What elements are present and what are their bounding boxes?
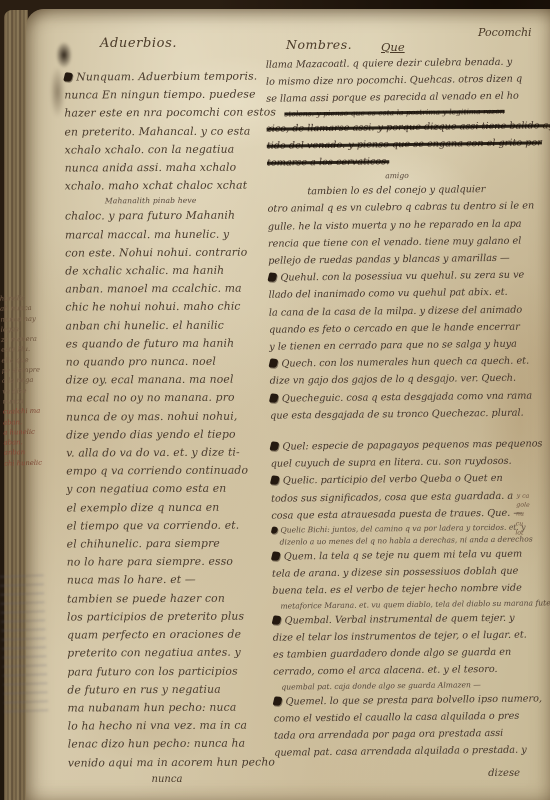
handwritten-text: Quemel. lo que se presta para bolvello i…	[286, 693, 543, 707]
handwritten-text: con este. Nohui nohui. contrario	[65, 245, 247, 259]
handwritten-text: nunca anida assi. maha xchalo	[65, 161, 237, 175]
handwritten-text: en preterito. Mahancal. y co esta	[64, 124, 250, 138]
handwritten-text: otro animal q es vn culebro q cabras tu …	[268, 201, 535, 215]
handwritten-text: es quando de futuro ma hanih	[66, 336, 235, 350]
handwritten-text: buena tela. es el verbo de tejer hecho n…	[272, 583, 522, 597]
handwritten-text: quam perfecto en oraciones de	[67, 628, 241, 642]
handwritten-text: pe siempre	[2, 366, 40, 375]
handwritten-text: de xchalic xchalic. ma hanih	[65, 264, 224, 278]
handwritten-text: y ca	[517, 492, 530, 499]
handwritten-text: amigo	[385, 171, 409, 180]
text-line: no quando pro nunca. noel	[66, 353, 268, 372]
handwritten-text: y le tienen en cerrado para que no se sa…	[269, 339, 517, 353]
handwritten-text: nunca	[2, 397, 23, 406]
entry-mark-icon	[63, 72, 73, 82]
handwritten-text: tela de arana. y dizese sin possessiuos …	[272, 566, 518, 580]
handwritten-text: dize el telar los instrumentos de tejer,…	[273, 629, 527, 643]
ink-smudge	[56, 42, 72, 68]
entry-mark-icon	[267, 273, 277, 283]
handwritten-text: quando es feto o cercado en que le hande…	[269, 321, 520, 335]
handwritten-text: xchalo xchalo. con la negatiua	[65, 142, 235, 156]
text-line: ma nubanam hun pecho: nuca	[67, 698, 269, 717]
text-line: no lo hare para siempre. esso	[67, 553, 269, 572]
handwritten-text: tido del venado. y pienso que se engana …	[267, 137, 542, 151]
handwritten-text: dize vn gajo dos gajos de lo q desgajo. …	[270, 373, 517, 387]
handwritten-text: gole	[516, 502, 530, 509]
handwritten-text: elic que	[1, 356, 28, 365]
handwritten-text: zico, de llamarse assi. y porque dizque …	[267, 120, 550, 135]
handwritten-text: Quem. la tela q se teje nu quem mi tela …	[284, 549, 523, 563]
text-line: hazer este en nra pocomchi con estos	[64, 104, 266, 123]
text-line: para futuro con los participios	[67, 662, 269, 681]
header-language: Pocomchi	[478, 26, 532, 39]
handwritten-text: Quelic Bichi: juntos, del camino q va po…	[280, 523, 525, 535]
handwritten-text: nu	[516, 511, 524, 518]
ink-smudge	[50, 66, 65, 118]
handwritten-text: empo q va corriendo continuado	[66, 464, 248, 478]
handwritten-text: nunca nay	[0, 314, 36, 323]
text-line: marcal maccal. ma hunelic. y	[65, 225, 267, 244]
handwritten-text: nunca En ningun tiempo. puedese	[64, 88, 255, 102]
text-line: tambien se puede hazer con	[67, 589, 269, 608]
text-line: nunca En ningun tiempo. puedese	[64, 86, 266, 105]
handwritten-text: hazer este en nra pocomchi con estos	[64, 106, 276, 120]
entry-mark-icon	[271, 527, 279, 534]
handwritten-text: cerrado, como el arca alacena. et. y el …	[273, 664, 497, 678]
handwritten-text: Quembal. Verbal instrumental de quem tej…	[285, 612, 515, 626]
handwritten-text: a hunelic	[3, 428, 35, 437]
handwritten-text: anban chi hunelic. el hanilic	[65, 318, 224, 332]
text-line: dize yendo dias yendo el tiepo	[66, 425, 268, 444]
entry-mark-icon	[269, 441, 279, 451]
handwritten-text: este Hu.	[1, 345, 30, 354]
handwritten-text: lenac dizo hun pecho: nunca ha	[68, 737, 246, 751]
text-line: nunca anida assi. maha xchalo	[65, 158, 267, 177]
handwritten-text: no quando pro nunca. noel	[66, 355, 216, 369]
catchword-left: nunca	[66, 774, 268, 785]
text-line: chic he nohui nohui. maho chic	[65, 298, 267, 317]
handwritten-text: nunca de oy mas. nohui nohui,	[66, 409, 238, 423]
right-text-column: llama Mazacoatl. q quiere dezir culebra …	[266, 53, 550, 762]
text-line: lot	[515, 528, 549, 538]
entry-mark-icon	[268, 359, 278, 369]
handwritten-text: Quecheguic. cosa q esta desgajada como v…	[282, 390, 532, 404]
handwritten-text: legas.	[1, 325, 21, 334]
handwritten-text: como el vestido el cauallo la casa alqui…	[274, 710, 520, 724]
show-through-marks	[0, 571, 48, 712]
entry-mark-icon	[272, 615, 282, 625]
handwritten-text: que esta desgajada de su tronco Quecheza…	[270, 407, 524, 421]
handwritten-text: cosa que esta atrauesada puesta de traue…	[271, 508, 523, 522]
text-line: empo q va corriendo continuado	[66, 462, 268, 481]
handwritten-text: llado del inanimado como vu quehul pat a…	[269, 287, 508, 301]
handwritten-text: a la nega	[2, 376, 34, 385]
handwritten-text: Mahanalith pinab heve	[105, 196, 197, 205]
handwritten-text: de futuro en rus y negatiua	[67, 682, 220, 696]
handwritten-text: ma nubanam hun pecho: nuca	[67, 701, 236, 715]
handwritten-text: es tambien guardadero donde algo se guar…	[273, 647, 511, 661]
text-line: xchalo. maho xchat chaloc xchat	[65, 177, 267, 196]
handwritten-text: anban. manoel ma ccalchic. ma	[65, 282, 242, 296]
handwritten-text: nuca mas lo hare. et —	[67, 573, 196, 587]
header-left-title: Aduerbios.	[100, 36, 177, 51]
header-keyword: Que	[381, 40, 405, 54]
handwritten-text: se llama assi porque es parecida al vena…	[266, 91, 519, 105]
text-line: nuca mas lo hare. et —	[67, 571, 269, 590]
handwritten-text: el chihunelic. para siempre	[67, 537, 220, 551]
handwritten-text: pellejo de ruedas pandas y blancas y ama…	[268, 253, 510, 267]
text-line: ma ecal no oy no manana. pro	[66, 389, 268, 408]
handwritten-text: dize yendo dias yendo el tiepo	[66, 428, 236, 442]
handwritten-text: ma ecal no oy no manana. pro	[66, 391, 235, 405]
text-line: de futuro en rus y negatiua	[67, 680, 269, 699]
handwritten-text: preterito con negatiua antes. y	[67, 646, 241, 660]
entry-mark-icon	[271, 551, 281, 561]
entry-mark-icon	[269, 393, 279, 403]
text-line: dize oy. ecal manana. ma noel	[66, 371, 268, 390]
text-line: el exemplo dize q nunca en	[66, 498, 268, 517]
catchword-right: dizese	[270, 768, 520, 779]
handwritten-text: para futuro con los participios	[67, 664, 238, 678]
handwritten-text: dizenlo a uo menes del q no habla a dere…	[280, 535, 533, 547]
text-line: xchalo xchalo. con la negatiua	[65, 140, 267, 159]
handwritten-text: no lo hare para siempre. esso	[67, 555, 233, 569]
handwritten-text: chic he nohui nohui. maho chic	[65, 300, 240, 314]
handwritten-text: Quech. con los numerales hun quech ca qu…	[281, 356, 529, 370]
handwritten-text: llama Mazacoatl. q quiere dezir culebra …	[266, 57, 512, 71]
handwritten-text: metaforice Marana. et. vu quem diablo, t…	[280, 598, 550, 610]
handwritten-text: Quelic. participio del verbo Queba o Que…	[283, 473, 503, 487]
handwritten-text: todos sus significados, cosa que esta gu…	[271, 490, 513, 504]
handwritten-text: la cana de la casa de la milpa. y dizese…	[269, 304, 523, 318]
text-line: anban chi hunelic. el hanilic	[65, 316, 267, 335]
text-line: anban. manoel ma ccalchic. ma	[65, 280, 267, 299]
handwritten-text: lot	[515, 529, 523, 536]
handwritten-text: Quel: especie de papagayos pequenos mas …	[282, 438, 542, 452]
handwritten-text: quemal pat. casa arrendada alquilada o p…	[274, 745, 527, 759]
entry-line: Nunquam. Aduerbium temporis.	[64, 67, 266, 86]
text-line: los participios de preterito plus	[67, 607, 269, 626]
text-line: quemal pat. casa arrendada alquilada o p…	[274, 741, 550, 762]
handwritten-text: rencia que tiene con el venado. tiene mu…	[268, 235, 521, 249]
left-text-column: Nunquam. Aduerbium temporis.nunca En nin…	[64, 67, 270, 772]
handwritten-text: ah nunca	[0, 304, 32, 313]
handwritten-text: chaloc. y para futuro Mahanih	[65, 209, 235, 223]
text-line: de xchalic xchalic. ma hanih	[65, 262, 267, 281]
text-line: es quando de futuro ma hanih	[66, 334, 268, 353]
header-center-title: Nombres.	[286, 37, 352, 52]
handwritten-text: dize oy. ecal manana. ma noel	[66, 373, 234, 387]
text-line: v. alla do va do va. et. y dize ti-	[66, 444, 268, 463]
text-line: lenac dizo hun pecho: nunca ha	[68, 735, 270, 754]
handwritten-text: aban.	[3, 418, 22, 426]
handwritten-text: anban	[4, 449, 25, 458]
text-line: el tiempo que va corriendo. et.	[67, 516, 269, 535]
handwritten-text: tada ora arrendada por paga ora prestada…	[274, 728, 503, 742]
handwritten-text: quel cuyuch de supra en litera. cu. son …	[271, 456, 512, 470]
text-line: como el vestido el cauallo la casa alqui…	[274, 707, 550, 728]
handwritten-text: el exemplo dize q nunca en	[66, 500, 219, 514]
text-line: chi hunelic	[4, 457, 56, 469]
handwritten-text: tomarse a los cervaticos.	[267, 156, 389, 168]
text-line: venido aqui ma in acorem hun pecho	[68, 753, 270, 772]
handwritten-text: xchalo. maho xchat chaloc xchat	[65, 179, 247, 193]
handwritten-text: va dize	[2, 387, 26, 396]
handwritten-text: venido aqui ma in acorem hun pecho	[68, 755, 275, 769]
text-line: que esta desgajada de su tronco Quecheza…	[270, 404, 550, 425]
text-line: el chihunelic. para siempre	[67, 535, 269, 554]
handwritten-text: lo mismo dize nro pocomchi. Quehcas. otr…	[266, 74, 522, 88]
handwritten-text: los participios de preterito plus	[67, 609, 244, 623]
handwritten-text: tambien se puede hazer con	[67, 591, 225, 605]
text-line: con este. Nohui nohui. contrario	[65, 243, 267, 262]
handwritten-text: tambien lo es del conejo y qualquier	[307, 184, 485, 197]
text-line: lo ha hecho ni vna vez. ma in ca	[68, 717, 270, 736]
entry-mark-icon	[273, 696, 283, 706]
handwritten-text: cu	[516, 520, 524, 527]
entry-mark-icon	[270, 476, 280, 486]
handwritten-text: Nunquam. Aduerbium temporis.	[76, 70, 257, 84]
text-line: quam perfecto en oraciones de	[67, 626, 269, 645]
handwritten-text: lo ha hecho ni vna vez. ma in ca	[68, 719, 248, 733]
handwritten-text: gulle. he la visto muerta y no he repara…	[268, 218, 522, 232]
text-line: y con negatiua como esta en	[66, 480, 268, 499]
text-line: preterito con negatiua antes. y	[67, 644, 269, 663]
left-margin-notes: hunelicah nuncanunca naylegas.za manerae…	[0, 292, 56, 468]
text-line: en preterito. Mahancal. y co esta	[64, 122, 266, 141]
handwritten-text: cualchi ma	[3, 407, 41, 416]
handwritten-text: el tiempo que va corriendo. et.	[67, 518, 240, 532]
handwritten-text: y con negatiua como esta en	[66, 482, 226, 496]
text-line: tido del venado. y pienso que se engana …	[267, 134, 547, 155]
text-line: chaloc. y para futuro Mahanih	[65, 207, 267, 226]
handwritten-text: stolens. y pienso que es esta la postrim…	[284, 106, 504, 118]
right-margin-note: y cagolenuculot	[515, 491, 550, 538]
handwritten-text: chi hunelic	[4, 458, 42, 467]
text-line: nunca de oy mas. nohui nohui,	[66, 407, 268, 426]
handwritten-text: za manera	[1, 335, 37, 344]
handwritten-text: v. alla do va do va. et. y dize ti-	[66, 446, 240, 460]
photo-background: Aduerbios. Nombres. Que Pocomchi Nunquam…	[0, 0, 550, 800]
handwritten-text: aban.	[4, 438, 23, 446]
handwritten-text: Quehul. con la posessiua vu quehul. su z…	[280, 270, 524, 284]
text-line: Mahanalith pinab heve	[105, 195, 267, 208]
handwritten-text: hunelic	[0, 294, 25, 303]
handwritten-text: marcal maccal. ma hunelic. y	[65, 227, 229, 241]
handwritten-text: quembal pat. caja donde algo se guarda A…	[281, 680, 481, 691]
